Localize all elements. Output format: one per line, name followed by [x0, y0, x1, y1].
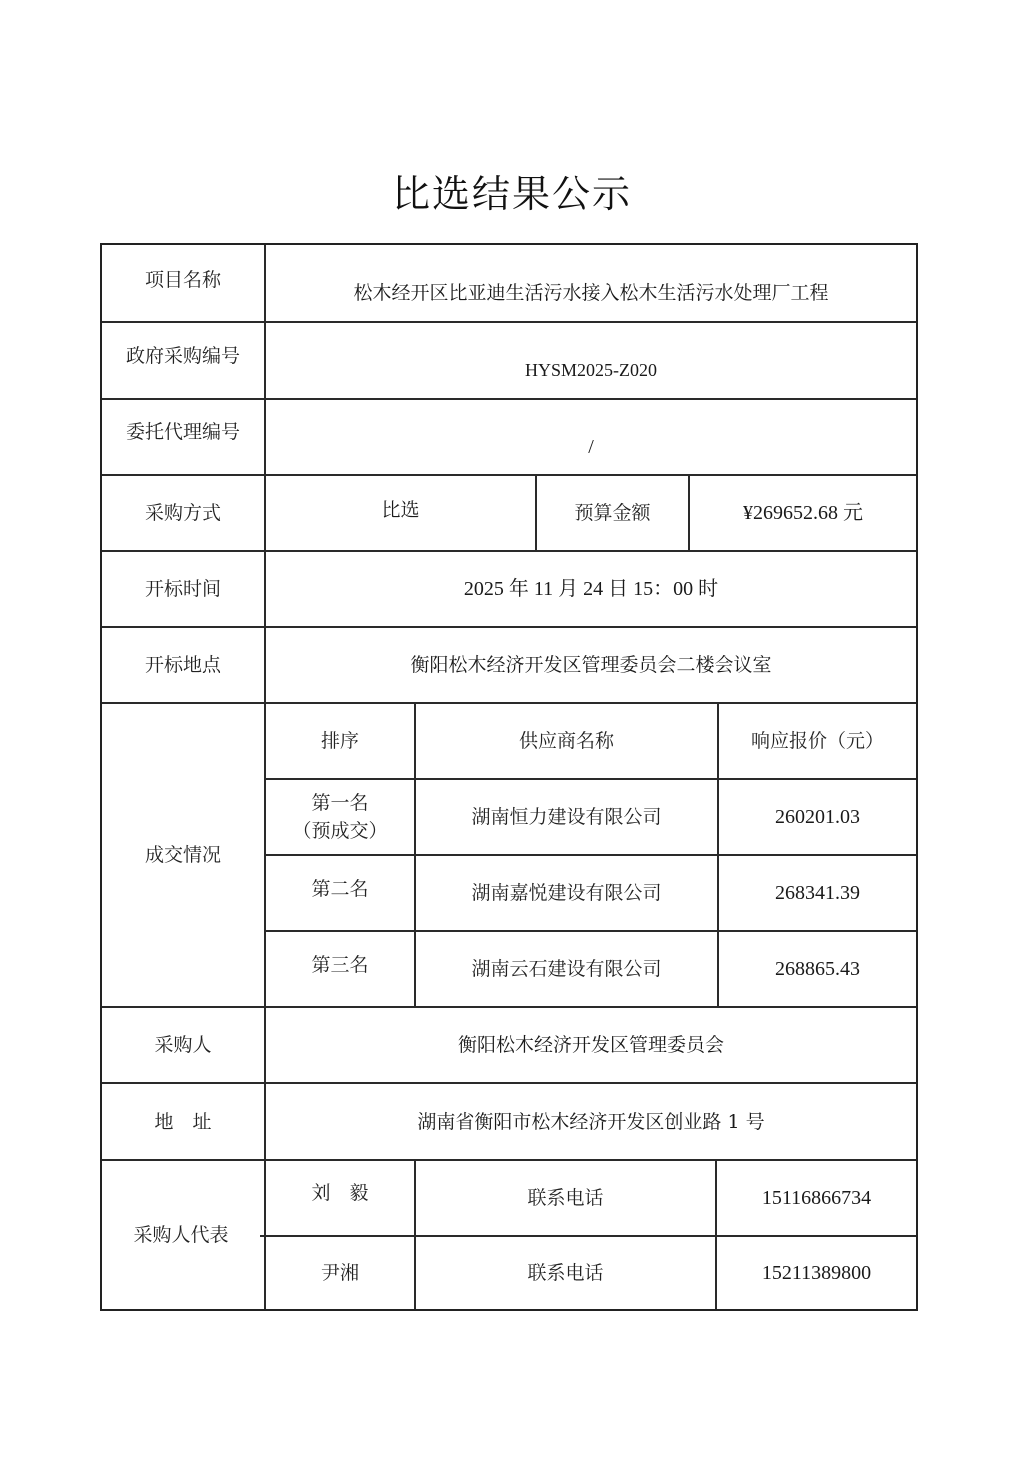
table-row-supplier: 湖南嘉悦建设有限公司 [416, 856, 717, 930]
agency-code-value: / [266, 400, 916, 474]
address-value: 湖南省衡阳市松木经济开发区创业路 1 号 [266, 1084, 916, 1159]
table-row-rank: 第二名 [266, 856, 414, 930]
purchaser-label: 采购人 [102, 1008, 264, 1082]
open-place-value: 衡阳松木经济开发区管理委员会二楼会议室 [266, 628, 916, 702]
purchaser-value: 衡阳松木经济开发区管理委员会 [266, 1008, 916, 1082]
page-title: 比选结果公示 [0, 163, 1024, 218]
contact-phone-label: 联系电话 [416, 1237, 715, 1309]
agency-code-label: 委托代理编号 [102, 400, 264, 474]
table-row-rank: 第一名 （预成交） [266, 780, 414, 854]
project-name-value: 松木经开区比亚迪生活污水接入松木生活污水处理厂工程 [266, 245, 916, 321]
table-row-supplier: 湖南云石建设有限公司 [416, 932, 717, 1006]
gov-code-label: 政府采购编号 [102, 323, 264, 398]
contact-phone: 15116866734 [717, 1161, 916, 1235]
result-header-price: 响应报价（元） [719, 704, 916, 778]
gov-code-value: HYSM2025-Z020 [266, 323, 916, 398]
result-section-label: 成交情况 [102, 704, 264, 1006]
contact-phone-label: 联系电话 [416, 1161, 715, 1235]
contact-phone: 15211389800 [717, 1237, 916, 1309]
open-place-label: 开标地点 [102, 628, 264, 702]
contact-name: 刘 毅 [266, 1161, 414, 1235]
budget-value: ¥269652.68 元 [690, 476, 916, 550]
table-row-price: 268341.39 [719, 856, 916, 930]
table-row-price: 260201.03 [719, 780, 916, 854]
contact-name: 尹湘 [266, 1237, 414, 1309]
table-row-rank: 第三名 [266, 932, 414, 1006]
table-row-price: 268865.43 [719, 932, 916, 1006]
method-label: 采购方式 [102, 476, 264, 550]
method-value: 比选 [266, 476, 535, 550]
budget-label: 预算金额 [537, 476, 688, 550]
table-row-supplier: 湖南恒力建设有限公司 [416, 780, 717, 854]
result-header-rank: 排序 [266, 704, 414, 778]
address-label: 地 址 [102, 1084, 264, 1159]
rank-note: （预成交） [292, 817, 387, 845]
open-time-value: 2025 年 11 月 24 日 15：00 时 [266, 552, 916, 626]
result-table: 项目名称 松木经开区比亚迪生活污水接入松木生活污水处理厂工程 政府采购编号 HY… [100, 243, 918, 1311]
project-name-label: 项目名称 [102, 245, 264, 321]
open-time-label: 开标时间 [102, 552, 264, 626]
result-header-supplier: 供应商名称 [416, 704, 717, 778]
rank-text: 第一名 [311, 789, 368, 817]
representatives-label: 采购人代表 [102, 1161, 260, 1309]
